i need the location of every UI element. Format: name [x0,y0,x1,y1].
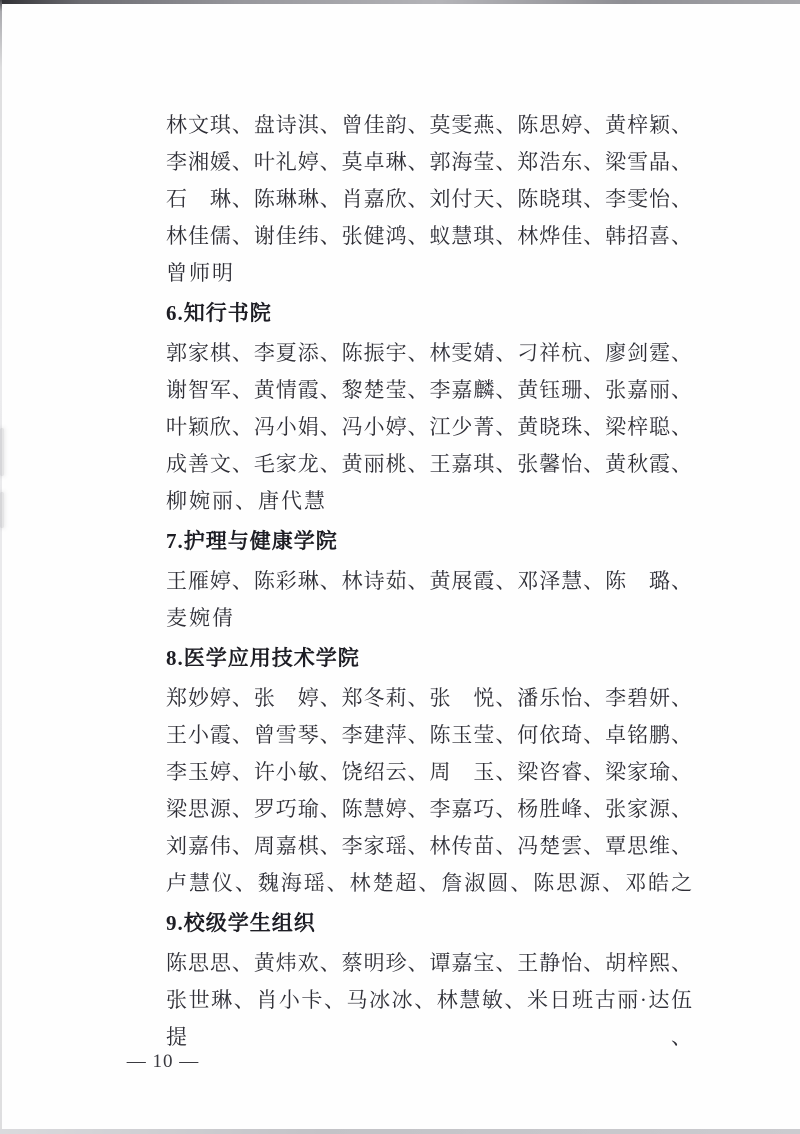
roster-name-list: 林文琪、盘诗淇、曾佳韵、莫雯燕、陈思婷、黄梓颖、 李湘媛、叶礼婷、莫卓琳、郭海莹… [166,107,692,1019]
name-line: 李湘媛、叶礼婷、莫卓琳、郭海莹、郑浩东、梁雪晶、 [166,144,692,181]
scan-smudge-artifact [0,492,4,528]
name-line: 林文琪、盘诗淇、曾佳韵、莫雯燕、陈思婷、黄梓颖、 [166,107,692,144]
section-heading: 8.医学应用技术学院 [166,640,692,677]
name-line: 王雁婷、陈彩琳、林诗茹、黄展霞、邓泽慧、陈 璐、 [166,563,692,600]
name-line: 梁思源、罗巧瑜、陈慧婷、李嘉巧、杨胜峰、张家源、 [166,791,692,828]
section-heading: 9.校级学生组织 [166,905,692,942]
name-line: 郭家棋、李夏添、陈振宇、林雯婧、刁祥杭、廖剑霆、 [166,335,692,372]
page-number: — 10 — [118,1051,208,1073]
roster-section: 7.护理与健康学院 王雁婷、陈彩琳、林诗茹、黄展霞、邓泽慧、陈 璐、 麦婉倩 [166,523,692,637]
name-line: 陈思思、黄炜欢、蔡明珍、谭嘉宝、王静怡、胡梓熙、 [166,945,692,982]
name-line: 王小霞、曾雪琴、李建萍、陈玉莹、何依琦、卓铭鹏、 [166,717,692,754]
section-heading: 7.护理与健康学院 [166,523,692,560]
name-line: 谢智军、黄情霞、黎楚莹、李嘉麟、黄钰珊、张嘉丽、 [166,372,692,409]
scan-edge-top-artifact [0,0,800,4]
roster-section: 6.知行书院 郭家棋、李夏添、陈振宇、林雯婧、刁祥杭、廖剑霆、 谢智军、黄情霞、… [166,295,692,520]
name-line: 李玉婷、许小敏、饶绍云、周 玉、梁咨睿、梁家瑜、 [166,754,692,791]
name-line: 石 琳、陈琳琳、肖嘉欣、刘付天、陈晓琪、李雯怡、 [166,181,692,218]
roster-section: 8.医学应用技术学院 郑妙婷、张 婷、郑冬莉、张 悦、潘乐怡、李碧妍、 王小霞、… [166,640,692,902]
name-line: 柳婉丽、唐代慧 [166,483,692,520]
name-line: 成善文、毛家龙、黄丽桃、王嘉琪、张馨怡、黄秋霞、 [166,446,692,483]
roster-section: 林文琪、盘诗淇、曾佳韵、莫雯燕、陈思婷、黄梓颖、 李湘媛、叶礼婷、莫卓琳、郭海莹… [166,107,692,292]
name-line: 卢慧仪、魏海瑶、林楚超、詹淑圆、陈思源、邓皓之 [166,865,692,902]
name-line: 刘嘉伟、周嘉棋、李家瑶、林传苗、冯楚雲、覃思维、 [166,828,692,865]
section-heading: 6.知行书院 [166,295,692,332]
scan-smudge-artifact [0,428,4,476]
name-line: 郑妙婷、张 婷、郑冬莉、张 悦、潘乐怡、李碧妍、 [166,680,692,717]
roster-section: 9.校级学生组织 陈思思、黄炜欢、蔡明珍、谭嘉宝、王静怡、胡梓熙、 张世琳、肖小… [166,905,692,1019]
scan-edge-left-artifact [0,0,2,1134]
name-line: 张世琳、肖小卡、马冰冰、林慧敏、米日班古丽·达伍提、 [166,982,692,1019]
name-line: 麦婉倩 [166,600,692,637]
name-line: 林佳儒、谢佳纬、张健鸿、蚁慧琪、林烨佳、韩招喜、 [166,218,692,255]
name-line: 叶颖欣、冯小娟、冯小婷、江少菁、黄晓珠、梁梓聪、 [166,409,692,446]
scan-edge-bottom-artifact [0,1129,800,1134]
scanned-document-page: 林文琪、盘诗淇、曾佳韵、莫雯燕、陈思婷、黄梓颖、 李湘媛、叶礼婷、莫卓琳、郭海莹… [0,0,800,1134]
name-line: 曾师明 [166,255,692,292]
